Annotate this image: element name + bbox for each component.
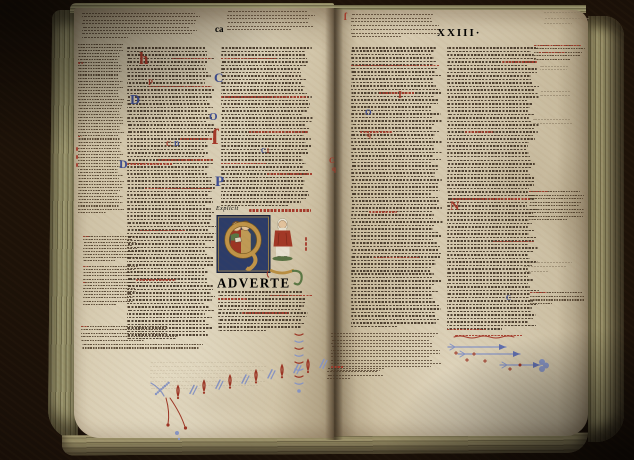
illuminated-initial: C <box>329 157 335 165</box>
rubricated-segment <box>172 58 212 60</box>
rubricated-segment <box>158 159 213 161</box>
red-paragraph-mark <box>305 242 307 246</box>
rubricated-segment <box>242 312 290 314</box>
rubricated-segment <box>180 138 216 140</box>
rubricated-segment <box>529 191 549 192</box>
illuminated-initial: C <box>214 71 223 84</box>
text-block-left-margin-gloss <box>78 44 124 215</box>
column-edge-vertical-flourish <box>292 330 306 394</box>
rubricated-segment <box>534 45 581 46</box>
text-block-column-3-annot-b <box>327 368 385 381</box>
book-fore-edge-right <box>588 16 624 442</box>
vine-flourish <box>267 270 301 284</box>
rubricated-segment <box>83 266 88 267</box>
illuminated-initial: i <box>267 148 269 155</box>
rubricated-segment <box>267 173 313 175</box>
rubricated-segment <box>502 61 537 63</box>
illuminated-initial: C <box>261 148 266 155</box>
rubricated-segment <box>83 282 87 283</box>
rubricated-segment <box>136 279 176 281</box>
rubricated-segment <box>127 163 173 165</box>
illuminated-initial: P <box>215 175 224 190</box>
rubricated-segment <box>530 292 547 293</box>
chapter-numeral: XXIII· <box>437 27 481 39</box>
standing-cleric-figure <box>273 219 293 262</box>
illuminated-initial: h <box>139 50 148 67</box>
text-block-column-3 <box>351 47 443 330</box>
rubricated-segment <box>140 230 185 232</box>
text-block-right-margin-a <box>534 45 586 62</box>
rubricated-segment <box>360 131 392 133</box>
illuminated-initial: D <box>130 94 140 108</box>
rubricated-segment <box>351 65 440 67</box>
illuminated-initial: O <box>209 112 218 123</box>
signature-mark: ca <box>215 24 224 34</box>
text-block-top-annot-b <box>227 11 317 33</box>
text-block-top-annot-a <box>82 13 204 40</box>
text-block-column-2 <box>221 47 313 208</box>
text-block-right-margin-b <box>540 66 570 72</box>
rubricated-segment <box>221 163 267 165</box>
rubricated-segment <box>78 136 82 137</box>
text-block-right-margin-d <box>533 119 573 127</box>
rubricated-segment <box>78 62 83 63</box>
rubricated-segment <box>145 188 212 190</box>
red-paragraph-mark <box>305 247 307 251</box>
manuscript-photo: XXIII· ca Explicit ADVERTE <box>0 0 634 460</box>
illuminated-initial: q <box>367 132 371 139</box>
text-block-column-3-annot <box>331 333 443 373</box>
illuminated-initial: q <box>332 166 336 173</box>
text-block-ghost-showthrough <box>150 362 268 392</box>
rubricated-segment <box>374 257 420 259</box>
illuminated-initial: C <box>166 140 171 148</box>
rubricated-segment <box>493 241 534 243</box>
illuminated-initial: ſ <box>212 126 218 148</box>
red-paragraph-mark <box>76 163 78 167</box>
historiated-initial-miniature <box>216 213 306 295</box>
illuminated-initial: N <box>450 199 459 212</box>
illuminated-initial: C <box>506 295 511 302</box>
illuminated-initial: I <box>398 91 402 101</box>
text-block-red-cursive-line <box>455 335 531 340</box>
rubricated-segment <box>270 295 313 297</box>
rubricated-segment <box>369 211 397 213</box>
rubricated-segment <box>149 86 211 88</box>
text-block-column-4 <box>447 47 539 332</box>
rubricated-segment <box>379 92 416 94</box>
illuminated-initial: P <box>148 79 153 87</box>
red-paragraph-mark <box>76 155 78 159</box>
text-block-right-top-annot <box>351 14 441 40</box>
red-paragraph-mark <box>305 237 307 241</box>
text-block-column-1 <box>127 47 216 342</box>
text-block-left-gloss-e <box>82 344 213 351</box>
text-block-right-margin-g <box>530 292 586 307</box>
text-block-corner-inscription <box>544 12 590 29</box>
rubricated-segment <box>81 326 88 327</box>
explicit-rubric-continuation <box>249 209 311 212</box>
rubricated-segment <box>83 236 89 237</box>
illuminated-initial: ſ <box>344 13 347 23</box>
rubricated-segment <box>221 58 276 60</box>
rubricated-segment <box>539 52 565 53</box>
rubricated-segment <box>465 131 493 133</box>
text-block-right-margin-e <box>529 191 585 223</box>
rubricated-segment <box>221 96 308 98</box>
text-block-right-margin-c <box>540 91 574 98</box>
rubricated-segment <box>218 298 247 300</box>
rubricated-segment <box>447 329 486 331</box>
illuminated-initial: O <box>365 108 372 117</box>
text-block-column-2-lower <box>218 291 313 333</box>
red-paragraph-mark <box>76 147 78 151</box>
rubricated-segment <box>452 198 530 200</box>
text-block-right-margin-f <box>524 262 572 275</box>
illuminated-initial: D <box>119 158 128 170</box>
illuminated-initial: D <box>174 140 179 148</box>
rubricated-segment <box>249 131 309 133</box>
